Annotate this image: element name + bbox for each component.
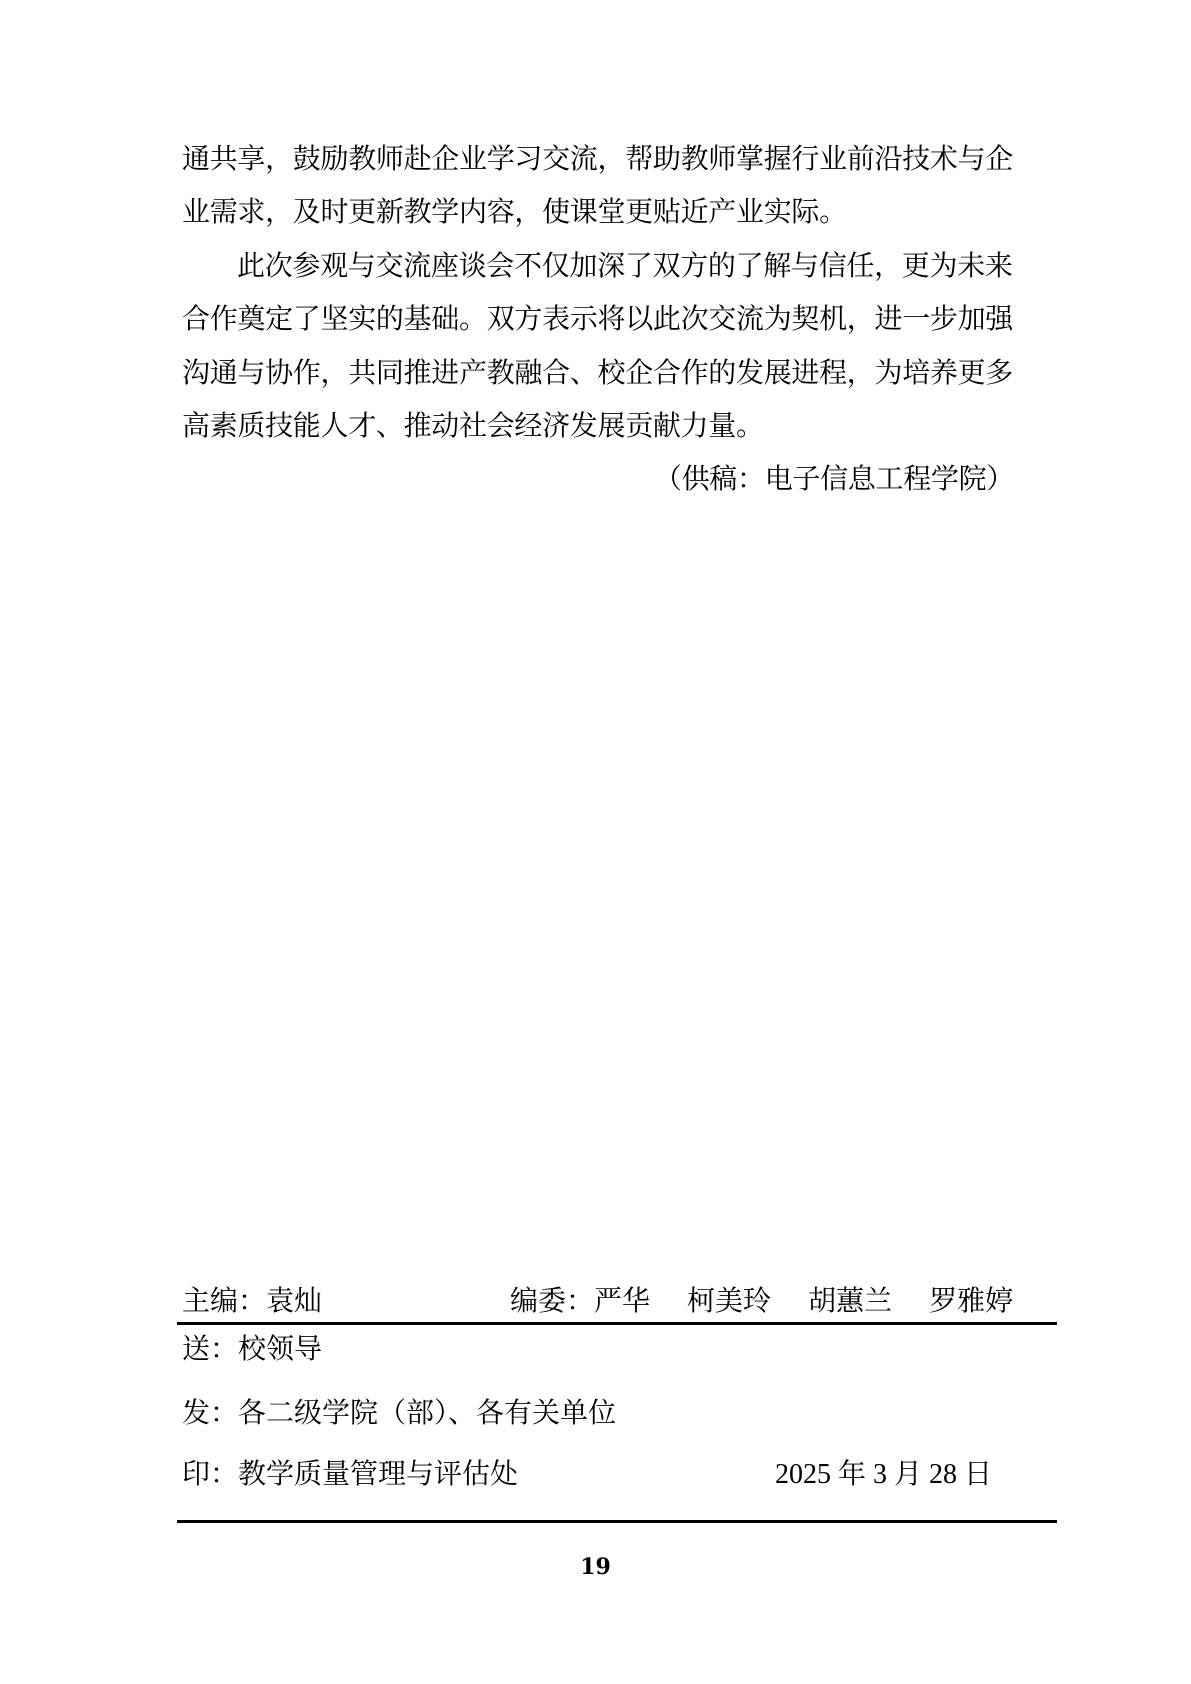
page-number: 19 <box>0 1554 1191 1580</box>
committee-member: 胡蕙兰 <box>808 1286 892 1317</box>
body-line-5: 沟通与协作，共同推进产教融合、校企合作的发展进程，为培养更多 <box>182 347 1014 400</box>
article-body: 通共享，鼓励教师赴企业学习交流，帮助教师掌握行业前沿技术与企 业需求，及时更新教… <box>182 133 1014 507</box>
document-page: 通共享，鼓励教师赴企业学习交流，帮助教师掌握行业前沿技术与企 业需求，及时更新教… <box>0 0 1191 1684</box>
print-value: 教学质量管理与评估处 <box>238 1459 518 1490</box>
issue-row: 发：各二级学院（部）、各有关单位 <box>182 1397 616 1431</box>
editors-row: 主编：袁灿 编委：严华柯美玲胡蕙兰罗雅婷 <box>182 1285 1014 1319</box>
body-line-1: 通共享，鼓励教师赴企业学习交流，帮助教师掌握行业前沿技术与企 <box>182 133 1014 186</box>
chief-editor-name: 袁灿 <box>266 1286 322 1317</box>
issue-value: 各二级学院（部）、各有关单位 <box>238 1398 616 1429</box>
send-row: 送：校领导 <box>182 1333 322 1367</box>
committee-group: 编委：严华柯美玲胡蕙兰罗雅婷 <box>510 1285 1013 1319</box>
footer-divider-bottom <box>177 1520 1057 1523</box>
print-label: 印： <box>182 1459 238 1490</box>
print-row: 印：教学质量管理与评估处 2025 年 3 月 28 日 <box>182 1458 992 1492</box>
committee-member: 严华 <box>594 1286 650 1317</box>
footer-divider-top <box>177 1322 1057 1325</box>
committee-member: 柯美玲 <box>687 1286 771 1317</box>
chief-editor-label: 主编： <box>182 1286 266 1317</box>
committee-label: 编委： <box>510 1286 594 1317</box>
body-line-6: 高素质技能人才、推动社会经济发展贡献力量。 <box>182 400 1014 453</box>
issue-date: 2025 年 3 月 28 日 <box>775 1458 992 1492</box>
body-line-4: 合作奠定了坚实的基础。双方表示将以此次交流为契机，进一步加强 <box>182 293 1014 346</box>
send-label: 送： <box>182 1334 238 1365</box>
committee-member: 罗雅婷 <box>929 1286 1013 1317</box>
send-value: 校领导 <box>238 1334 322 1365</box>
chief-editor-group: 主编：袁灿 <box>182 1286 322 1317</box>
print-group: 印：教学质量管理与评估处 <box>182 1458 518 1492</box>
body-line-3: 此次参观与交流座谈会不仅加深了双方的了解与信任，更为未来 <box>182 240 1014 293</box>
attribution-line: （供稿：电子信息工程学院） <box>182 453 1014 506</box>
issue-label: 发： <box>182 1398 238 1429</box>
body-line-2: 业需求，及时更新教学内容，使课堂更贴近产业实际。 <box>182 186 1014 239</box>
